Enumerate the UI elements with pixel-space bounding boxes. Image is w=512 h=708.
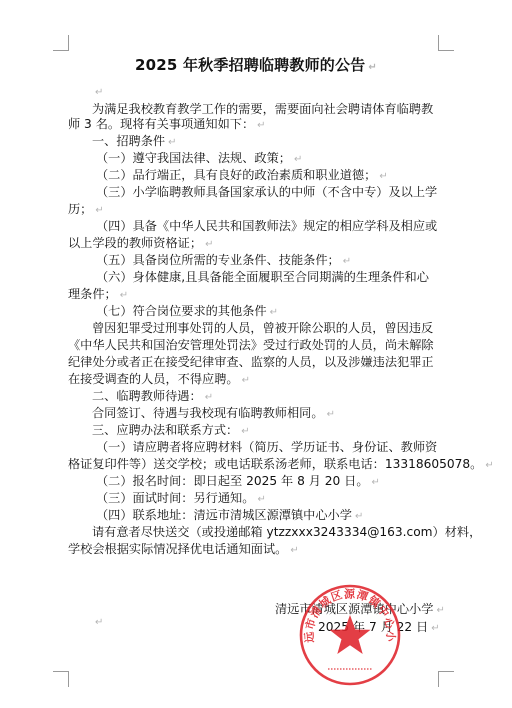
document-line-text: 《中华人民共和国治安管理处罚法》受过行政处罚的人员，尚未解除 — [68, 338, 434, 352]
paragraph-mark-icon: ↵ — [485, 460, 493, 471]
document-line: 以上学段的教师资格证；↵ — [68, 235, 213, 253]
paragraph-mark-icon: ↵ — [355, 511, 363, 522]
document-line-text: 学校会根据实际情况择优电话通知面试。 — [68, 542, 287, 556]
paragraph-mark-icon: ↵ — [257, 120, 265, 131]
document-line: 师 3 名。现将有关事项通知如下：↵ — [68, 116, 266, 134]
page-corner-mark-bottom-right — [438, 671, 454, 687]
document-line-text: （二）品行端正，具有良好的政治素质和职业道德； — [96, 168, 376, 182]
document-line-text: （一）遵守我国法律、法规、政策； — [96, 151, 291, 165]
document-line: （七）符合岗位要求的其他条件↵ — [96, 303, 278, 321]
paragraph-mark-icon: ↵ — [242, 375, 250, 386]
page-corner-mark-bottom-left — [53, 671, 69, 687]
paragraph-mark-icon: ↵ — [294, 154, 302, 165]
document-line: （四）联系地址：清远市清城区源潭镇中心小学↵ — [96, 507, 363, 525]
document-line-text: 纪律处分或者正在接受纪律审查、监察的人员，以及涉嫌违法犯罪正 — [68, 355, 434, 369]
empty-paragraph: ↵ — [92, 83, 103, 101]
paragraph-mark-icon: ↵ — [372, 477, 380, 488]
document-line: （二）品行端正，具有良好的政治素质和职业道德；↵ — [96, 167, 388, 185]
paragraph-mark-icon: ↵ — [205, 392, 213, 403]
document-title: 2025 年秋季招聘临聘教师的公告↵ — [0, 54, 512, 75]
document-line: （一）请应聘者将应聘材料（简历、学历证书、身份证、教师资 — [96, 439, 437, 455]
paragraph-mark-icon: ↵ — [379, 171, 387, 182]
document-line: （三）面试时间：另行通知。↵ — [96, 490, 266, 508]
empty-paragraph: ↵ — [92, 613, 103, 631]
paragraph-mark-icon: ↵ — [436, 605, 444, 616]
document-line: 合同签订、待遇与我校现有临聘教师相同。↵ — [92, 405, 335, 423]
document-line-text: 合同签订、待遇与我校现有临聘教师相同。 — [92, 406, 324, 420]
document-line: 纪律处分或者正在接受纪律审查、监察的人员，以及涉嫌违法犯罪正 — [68, 354, 434, 370]
document-line-text: （四）联系地址：清远市清城区源潭镇中心小学 — [96, 508, 352, 522]
document-line-text: 理条件； — [68, 287, 117, 301]
paragraph-mark-icon: ↵ — [270, 307, 278, 318]
document-line: 历；↵ — [68, 201, 104, 219]
document-line-text: （六）身体健康,且具备能全面履职至合同期满的生理条件和心 — [96, 270, 429, 284]
paragraph-mark-icon: ↵ — [343, 256, 351, 267]
paragraph-mark-icon: ↵ — [431, 623, 439, 634]
page-corner-mark-top-right — [438, 35, 454, 51]
document-line: （六）身体健康,且具备能全面履职至合同期满的生理条件和心 — [96, 269, 429, 285]
document-line-text: 为满足我校教育教学工作的需要，需要面向社会聘请体育临聘教 — [92, 102, 433, 116]
paragraph-mark-icon: ↵ — [95, 87, 103, 98]
document-line: 在接受调查的人员，不得应聘。↵ — [68, 371, 250, 389]
document-line: 《中华人民共和国治安管理处罚法》受过行政处罚的人员，尚未解除 — [68, 337, 434, 353]
document-line-text: 一、招聘条件 — [92, 134, 165, 148]
paragraph-mark-icon: ↵ — [168, 137, 176, 148]
paragraph-mark-icon: ↵ — [290, 545, 298, 556]
document-line: 二、临聘教师待遇：↵ — [92, 388, 213, 406]
document-line: （五）具备岗位所需的专业条件、技能条件；↵ — [96, 252, 351, 270]
document-line: 格证复印件等）送交学校；或电话联系汤老师，联系电话：13318605078。↵ — [68, 456, 494, 474]
document-line: 理条件；↵ — [68, 286, 128, 304]
document-line-text: 历； — [68, 202, 92, 216]
official-seal-icon: 清远市清城区源潭镇中心小学 — [298, 583, 402, 687]
paragraph-mark-icon: ↵ — [95, 205, 103, 216]
document-line: 学校会根据实际情况择优电话通知面试。↵ — [68, 541, 299, 559]
paragraph-mark-icon: ↵ — [368, 62, 377, 73]
document-line: 曾因犯罪受过刑事处罚的人员，曾被开除公职的人员，曾因违反 — [92, 320, 433, 336]
document-line: 请有意者尽快送交（或投递邮箱 ytzzxxx3243334@163.com）材料… — [92, 524, 481, 540]
document-line-text: （一）请应聘者将应聘材料（简历、学历证书、身份证、教师资 — [96, 440, 437, 454]
document-line: （三）小学临聘教师具备国家承认的中师（不含中专）及以上学 — [96, 184, 437, 200]
document-line-text: 以上学段的教师资格证； — [68, 236, 202, 250]
page-corner-mark-top-left — [53, 35, 69, 51]
document-title-text: 2025 年秋季招聘临聘教师的公告 — [135, 56, 365, 74]
document-line-text: （四）具备《中华人民共和国教师法》规定的相应学科及相应或 — [96, 219, 437, 233]
paragraph-mark-icon: ↵ — [205, 239, 213, 250]
document-line-text: 二、临聘教师待遇： — [92, 389, 202, 403]
document-line-text: 在接受调查的人员，不得应聘。 — [68, 372, 239, 386]
document-line-text: 曾因犯罪受过刑事处罚的人员，曾被开除公职的人员，曾因违反 — [92, 321, 433, 335]
document-line-text: （三）面试时间：另行通知。 — [96, 491, 254, 505]
document-line-text: 请有意者尽快送交（或投递邮箱 ytzzxxx3243334@163.com）材料… — [92, 525, 481, 539]
document-line-text: （五）具备岗位所需的专业条件、技能条件； — [96, 253, 340, 267]
document-line-text: （七）符合岗位要求的其他条件 — [96, 304, 267, 318]
paragraph-mark-icon: ↵ — [120, 290, 128, 301]
document-line: 三、应聘办法和联系方式：↵ — [92, 422, 250, 440]
document-line: （一）遵守我国法律、法规、政策；↵ — [96, 150, 302, 168]
document-line: 一、招聘条件↵ — [92, 133, 177, 151]
paragraph-mark-icon: ↵ — [327, 409, 335, 420]
document-line: （四）具备《中华人民共和国教师法》规定的相应学科及相应或 — [96, 218, 437, 234]
paragraph-mark-icon: ↵ — [241, 426, 249, 437]
document-line-text: 格证复印件等）送交学校；或电话联系汤老师，联系电话：13318605078。 — [68, 457, 482, 471]
document-line-text: （二）报名时间：即日起至 2025 年 8 月 20 日。 — [96, 474, 369, 488]
document-line-text: （三）小学临聘教师具备国家承认的中师（不含中专）及以上学 — [96, 185, 437, 199]
document-line: 为满足我校教育教学工作的需要，需要面向社会聘请体育临聘教 — [92, 101, 433, 117]
document-line: （二）报名时间：即日起至 2025 年 8 月 20 日。↵ — [96, 473, 380, 491]
document-line-text: 师 3 名。现将有关事项通知如下： — [68, 117, 254, 131]
paragraph-mark-icon: ↵ — [95, 617, 103, 628]
document-line-text: 三、应聘办法和联系方式： — [92, 423, 238, 437]
paragraph-mark-icon: ↵ — [257, 494, 265, 505]
